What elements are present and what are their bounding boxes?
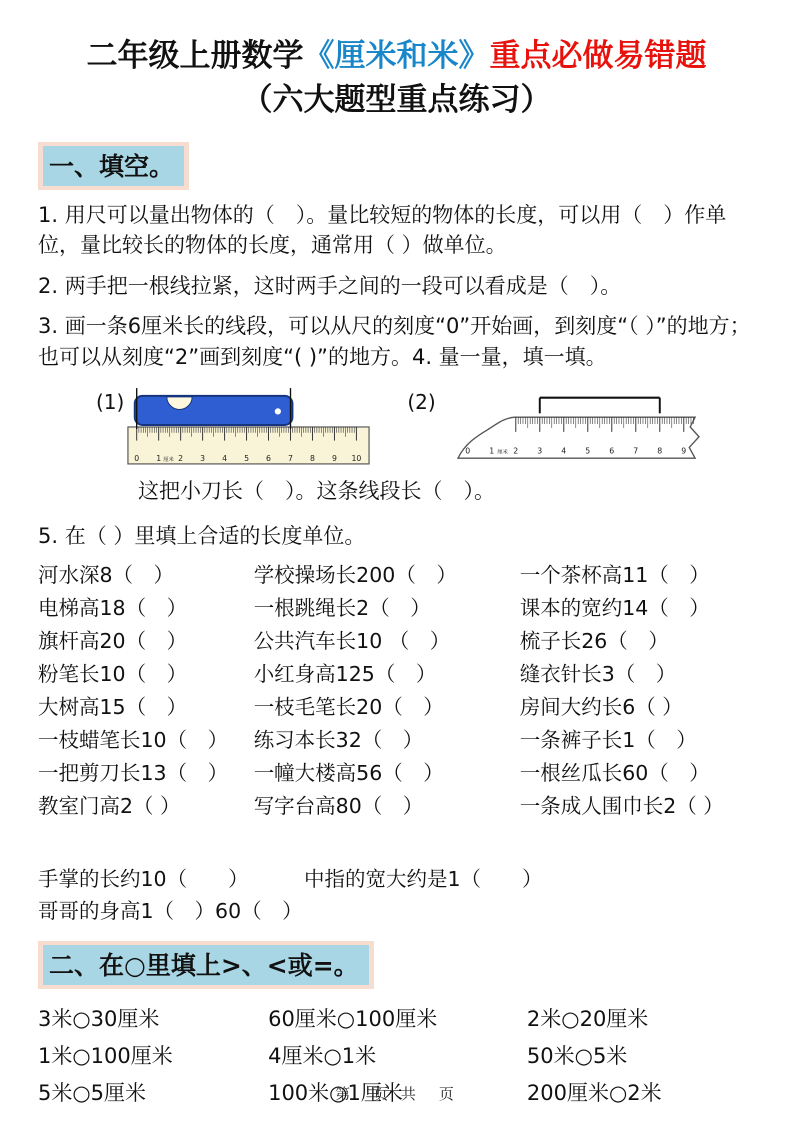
svg-text:1: 1 [157, 454, 162, 463]
question-3-4: 3. 画一条6厘米长的线段，可以从尺的刻度“0”开始画，到刻度“（ ）”的地方；… [38, 311, 757, 372]
svg-text:3: 3 [200, 454, 205, 463]
unit-fill-item: 一枝蜡笔长10（ ） [38, 724, 254, 757]
segment-ruler-image: 0123456789厘米 [438, 386, 720, 466]
question-4: 4. 量一量，填一填。 [412, 345, 607, 369]
unit-fill-item: 哥哥的身高1（ ）60（ ） [38, 895, 304, 927]
unit-fill-item: 电梯高18（ ） [38, 592, 254, 625]
title-black: 二年级上册数学 [87, 38, 304, 74]
unit-fill-item: 一幢大楼高56（ ） [254, 757, 520, 790]
svg-text:10: 10 [352, 454, 362, 463]
compare-item: 4厘米○1米 [268, 1038, 527, 1075]
unit-fill-item: 一枝毛笔长20（ ） [254, 691, 520, 724]
unit-fill-item: 一根跳绳长2（ ） [254, 592, 520, 625]
svg-text:厘米: 厘米 [497, 448, 508, 456]
unit-fill-item: 公共汽车长10 （ ） [254, 625, 520, 658]
question-3: 3. 画一条6厘米长的线段，可以从尺的刻度“0”开始画，到刻度“（ ）”的地方；… [38, 314, 751, 368]
knife-ruler-image: 012345678910厘米 [126, 386, 371, 466]
unit-fill-item: 大树高15（ ） [38, 691, 254, 724]
svg-text:0: 0 [465, 447, 470, 456]
unit-fill-extra-row-2: 哥哥的身高1（ ）60（ ） [38, 895, 757, 927]
svg-text:2: 2 [179, 454, 184, 463]
svg-text:8: 8 [310, 454, 315, 463]
worksheet-content: 一、填空。 1. 用尺可以量出物体的（ ）。量比较短的物体的长度，可以用（ ）作… [0, 122, 793, 1112]
unit-fill-item: 一根丝瓜长60（ ） [520, 757, 757, 790]
unit-fill-item: 课本的宽约14（ ） [520, 592, 757, 625]
figure-2-label: (2) [407, 390, 435, 414]
figure-caption: 这把小刀长（ ）。这条线段长（ ）。 [138, 476, 757, 506]
question-5: 5. 在（ ）里填上合适的长度单位。 [38, 521, 757, 551]
unit-fill-item: 河水深8（ ） [38, 559, 254, 592]
compare-item: 50米○5米 [527, 1038, 757, 1075]
compare-item: 2米○20厘米 [527, 1001, 757, 1038]
svg-text:2: 2 [513, 447, 518, 456]
title-red: 重点必做易错题 [490, 38, 707, 74]
unit-fill-item: 一把剪刀长13（ ） [38, 757, 254, 790]
svg-text:4: 4 [222, 454, 227, 463]
unit-fill-extra-row-1: 手掌的长约10（ ） 中指的宽大约是1（ ） [38, 863, 757, 895]
unit-fill-item: 房间大约长6（ ） [520, 691, 757, 724]
svg-text:0: 0 [135, 454, 140, 463]
svg-text:4: 4 [561, 447, 566, 456]
unit-fill-item: 粉笔长10（ ） [38, 658, 254, 691]
unit-fill-item: 一个茶杯高11（ ） [520, 559, 757, 592]
section2-heading: 二、在○里填上>、<或=。 [43, 945, 369, 985]
title-line2: （六大题型重点练习） [242, 82, 552, 118]
title-blue: 《厘米和米》 [304, 38, 490, 74]
svg-text:5: 5 [585, 447, 590, 456]
section1-heading-highlight: 一、填空。 [38, 142, 189, 190]
svg-text:5: 5 [244, 454, 249, 463]
unit-fill-item: 教室门高2（ ） [38, 790, 254, 823]
unit-fill-item: 旗杆高20（ ） [38, 625, 254, 658]
section1-heading: 一、填空。 [43, 146, 184, 186]
unit-fill-item: 缝衣针长3（ ） [520, 658, 757, 691]
unit-fill-grid: 河水深8（ ） 学校操场长200（ ） 一个茶杯高11（ ） 电梯高18（ ） … [38, 559, 757, 823]
svg-text:6: 6 [609, 447, 614, 456]
section2-heading-highlight: 二、在○里填上>、<或=。 [38, 941, 374, 989]
unit-fill-item: 手掌的长约10（ ） [38, 863, 304, 895]
unit-fill-item: 一条裤子长1（ ） [520, 724, 757, 757]
figure-1: (1) 012345678910厘米 [96, 386, 371, 466]
unit-fill-item: 练习本长32（ ） [254, 724, 520, 757]
unit-fill-item: 学校操场长200（ ） [254, 559, 520, 592]
unit-fill-item: 中指的宽大约是1（ ） [304, 863, 757, 895]
svg-text:7: 7 [288, 454, 293, 463]
page-title: 二年级上册数学《厘米和米》重点必做易错题 （六大题型重点练习） [10, 34, 783, 122]
figure-row: (1) 012345678910厘米 (2) 0123456789厘米 [96, 386, 757, 466]
page-footer: 第 页 共 页 [0, 1083, 793, 1104]
unit-fill-item: 小红身高125（ ） [254, 658, 520, 691]
svg-text:3: 3 [537, 447, 542, 456]
question-2: 2. 两手把一根线拉紧，这时两手之间的一段可以看成是（ ）。 [38, 271, 757, 301]
unit-fill-item: 一条成人围巾长2（ ） [520, 790, 757, 823]
compare-item: 1米○100厘米 [38, 1038, 268, 1075]
worksheet-page: 二年级上册数学《厘米和米》重点必做易错题 （六大题型重点练习） 一、填空。 1.… [0, 0, 793, 1122]
unit-fill-item: 梳子长26（ ） [520, 625, 757, 658]
figure-1-label: (1) [96, 390, 124, 414]
svg-text:1: 1 [489, 447, 494, 456]
section2-heading-row: 二、在○里填上>、<或=。 [38, 927, 757, 989]
svg-text:厘米: 厘米 [164, 455, 175, 463]
compare-item: 60厘米○100厘米 [268, 1001, 527, 1038]
unit-fill-item: 写字台高80（ ） [254, 790, 520, 823]
svg-text:7: 7 [633, 447, 638, 456]
question-1: 1. 用尺可以量出物体的（ ）。量比较短的物体的长度，可以用（ ）作单位，量比较… [38, 200, 757, 261]
svg-text:9: 9 [681, 447, 686, 456]
compare-item: 3米○30厘米 [38, 1001, 268, 1038]
svg-text:8: 8 [657, 447, 662, 456]
section1-heading-row: 一、填空。 [38, 122, 757, 190]
figure-2: (2) 0123456789厘米 [407, 386, 719, 466]
svg-text:9: 9 [332, 454, 337, 463]
svg-text:6: 6 [266, 454, 271, 463]
